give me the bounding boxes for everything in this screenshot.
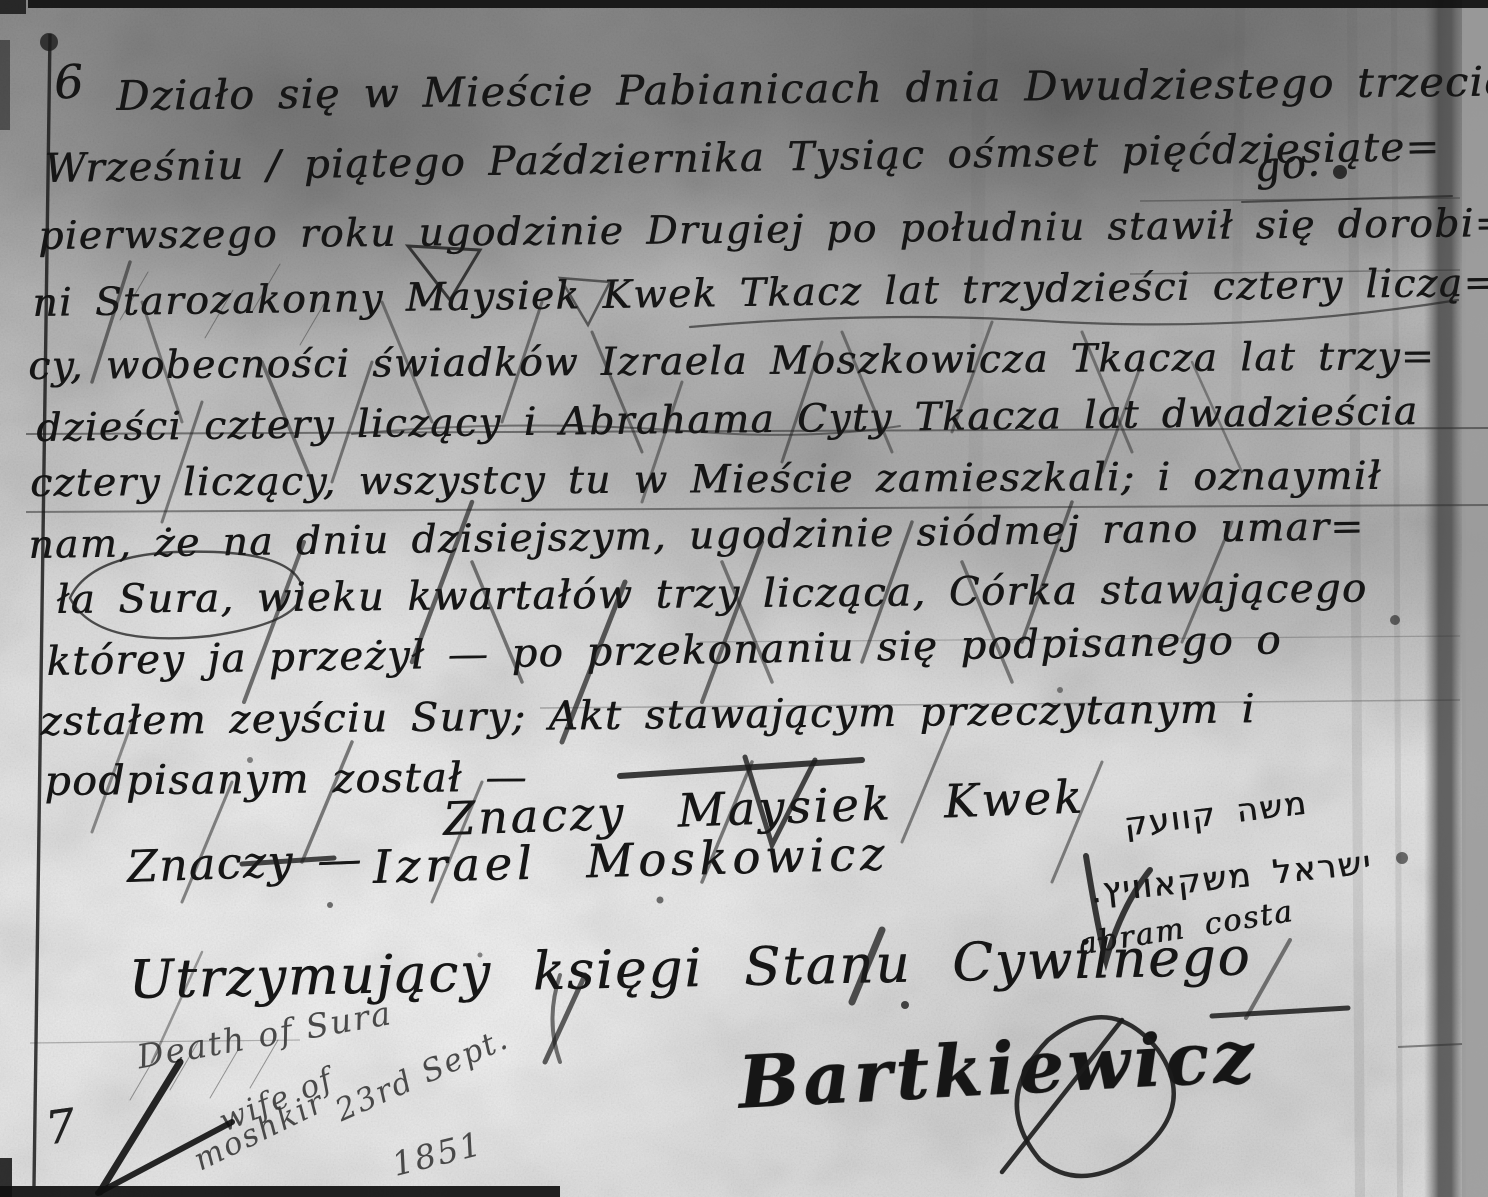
scan-borders bbox=[0, 0, 1488, 1197]
flourishes bbox=[70, 165, 1458, 1176]
document-scan: 6 Działo się w Mieście Pabianicach dnia … bbox=[0, 0, 1488, 1197]
ink-specks bbox=[247, 615, 1408, 1009]
pencil-hatches bbox=[120, 264, 328, 1100]
ink-marks-layer bbox=[0, 0, 1488, 1197]
